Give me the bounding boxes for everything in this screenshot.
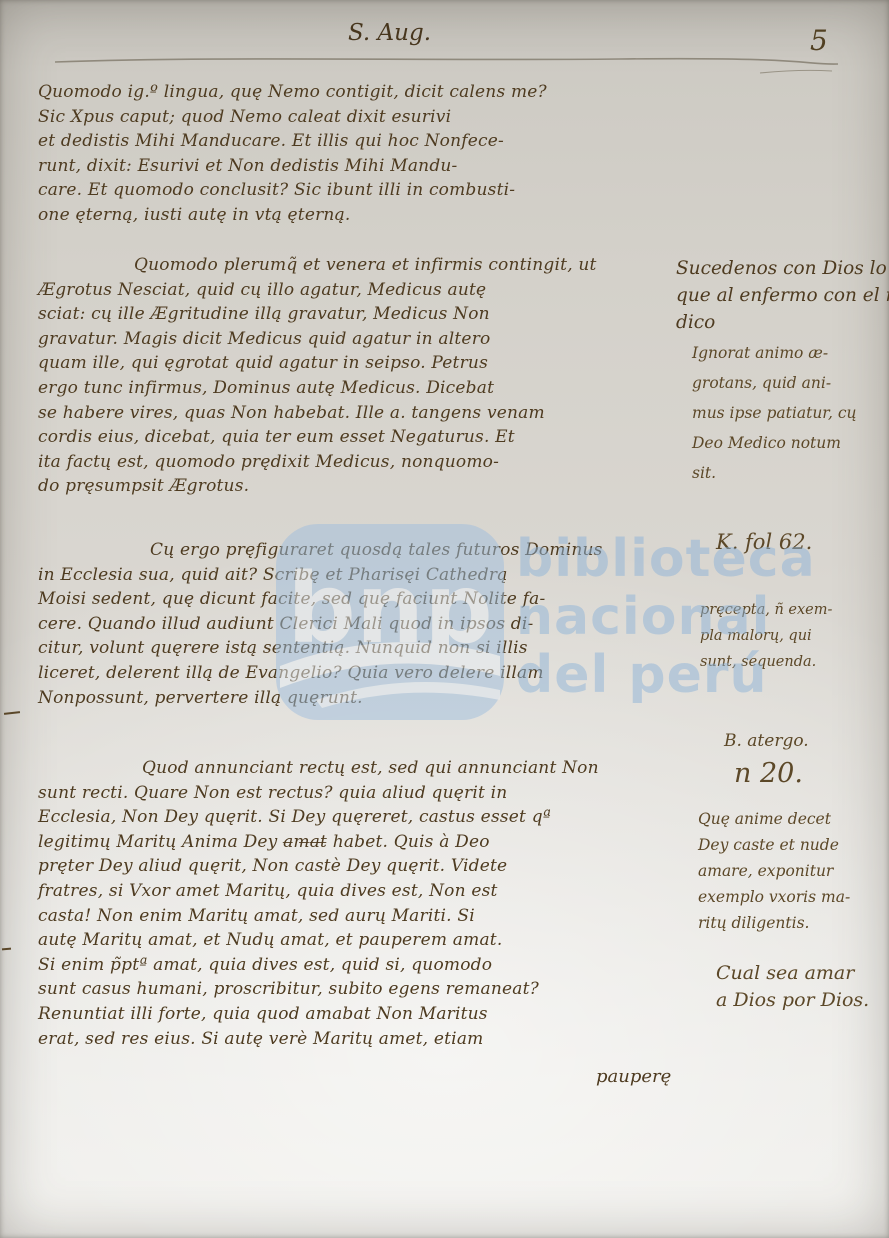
text-line: B. atergo.: [724, 731, 809, 751]
text-line: Si enim p̃ptª amat, quia dives est, quid…: [38, 953, 686, 978]
text-line: Deo Medico notum: [692, 428, 857, 458]
text-line: liceret, delerent illą de Evangelio? Qui…: [38, 661, 686, 686]
text-line: exemplo vxoris ma-: [698, 884, 850, 910]
page-heading: S. Aug.: [0, 20, 779, 46]
text-line: cordis eius, dicebat, quia ter eum esset…: [38, 425, 686, 450]
text-line: Cų ergo pręfiguraret quosdą tales futuro…: [150, 538, 686, 563]
text-line: erat, sed res eius. Si autę verè Maritų …: [38, 1027, 686, 1052]
ruled-line: [0, 46, 889, 80]
text-line: sciat: cų ille Ægritudine illą gravatur,…: [38, 302, 686, 327]
text-line: one ęterną, iusti autę in vtą ęterną.: [38, 203, 686, 228]
text-line: Sic Xpus caput; quod Nemo caleat dixit e…: [38, 105, 686, 130]
manuscript-page: S. Aug. 5 Quomodo ig.º lingua, quę Nemo …: [0, 0, 889, 1238]
margin-note-latin-anime: Quę anime decetDey caste et nudeamare, e…: [698, 806, 850, 936]
text-line: ritų diligentis.: [698, 910, 850, 936]
margin-note-spanish-medico: Sucedenos con Dios loque al enfermo con …: [676, 255, 889, 336]
text-line: in Ecclesia sua, quid ait? Scribę et Pha…: [38, 563, 686, 588]
text-line: citur, volunt quęrere istą sententią. Nu…: [38, 636, 686, 661]
text-line: dico: [676, 309, 889, 336]
margin-reference-k: K. fol 62.: [716, 530, 812, 554]
text-line: grotans, quid ani-: [692, 368, 857, 398]
paragraph: Quomodo plerumq̃ et venera et infirmis c…: [38, 253, 686, 499]
text-line: n 20.: [734, 758, 803, 789]
text-line: pręcepta, ñ exem-: [700, 597, 832, 623]
text-line: pla malorų, qui: [700, 623, 832, 649]
margin-note-latin-ignorat: Ignorat animo æ-grotans, quid ani-mus ip…: [692, 338, 857, 488]
text-line: runt, dixit: Esurivi et Non dedistis Mih…: [38, 154, 686, 179]
text-line: que al enfermo con el me-: [676, 282, 889, 309]
text-line: ita factų est, quomodo prędixit Medicus,…: [38, 450, 686, 475]
text-line: sunt casus humani, proscribitur, subito …: [38, 977, 686, 1002]
text-line: legitimų Maritų Anima Dey a̶m̶a̶t̶ habet…: [38, 830, 686, 855]
text-line: sit.: [692, 458, 857, 488]
text-line: care. Et quomodo conclusit? Sic ibunt il…: [38, 178, 686, 203]
text-line: casta! Non enim Maritų amat, sed aurų Ma…: [38, 904, 686, 929]
text-line: Quomodo plerumq̃ et venera et infirmis c…: [134, 253, 686, 278]
text-line: Ignorat animo æ-: [692, 338, 857, 368]
text-line: pręter Dey aliud quęrit, Non castè Dey q…: [38, 854, 686, 879]
margin-dash-mark: [4, 711, 20, 715]
text-line: quam ille, qui ęgrotat quid agatur in se…: [38, 351, 686, 376]
text-line: Quę anime decet: [698, 806, 850, 832]
text-line: amare, exponitur: [698, 858, 850, 884]
text-line: Ecclesia, Non Dey quęrit. Si Dey quęrere…: [38, 805, 686, 830]
text-line: Moisi sedent, quę dicunt facite, sed quę…: [38, 587, 686, 612]
text-line: do pręsumpsit Ægrotus.: [38, 474, 686, 499]
paragraph: Quomodo ig.º lingua, quę Nemo contigit, …: [38, 80, 686, 228]
text-line: se habere vires, quas Non habebat. Ille …: [38, 401, 686, 426]
text-line: ergo tunc infirmus, Dominus autę Medicus…: [38, 376, 686, 401]
text-line: autę Maritų amat, et Nudų amat, et paupe…: [38, 928, 686, 953]
text-line: Ægrotus Nesciat, quid cų illo agatur, Me…: [38, 278, 686, 303]
text-line: fratres, si Vxor amet Maritų, quia dives…: [38, 879, 686, 904]
text-line: Quod annunciant rectų est, sed qui annun…: [142, 756, 686, 781]
text-line: sunt, sequenda.: [700, 649, 832, 675]
text-line: a Dios por Dios.: [716, 987, 869, 1014]
catchword: pauperę: [596, 1066, 671, 1087]
text-line: K. fol 62.: [716, 530, 812, 554]
margin-reference-b-atergo: B. atergo.: [724, 731, 809, 751]
text-line: Quomodo ig.º lingua, quę Nemo contigit, …: [38, 80, 686, 105]
text-line: Nonpossunt, pervertere illą quęrunt.: [38, 686, 686, 711]
text-line: Cual sea amar: [716, 960, 869, 987]
text-line: sunt recti. Quare Non est rectus? quia a…: [38, 781, 686, 806]
text-line: cere. Quando illud audiunt Clerici Mali …: [38, 612, 686, 637]
margin-note-latin-precepta: pręcepta, ñ exem-pla malorų, quisunt, se…: [700, 597, 832, 675]
margin-reference-n20: n 20.: [734, 758, 803, 789]
paragraph: Quod annunciant rectų est, sed qui annun…: [38, 756, 686, 1051]
text-line: gravatur. Magis dicit Medicus quid agatu…: [38, 327, 686, 352]
text-line: mus ipse patiatur, cų: [692, 398, 857, 428]
text-line: Dey caste et nude: [698, 832, 850, 858]
margin-note-spanish-amar: Cual sea amara Dios por Dios.: [716, 960, 869, 1014]
text-line: et dedistis Mihi Manducare. Et illis qui…: [38, 129, 686, 154]
paragraph: Cų ergo pręfiguraret quosdą tales futuro…: [38, 538, 686, 710]
margin-dash-mark: [2, 948, 11, 951]
text-line: Renuntiat illi forte, quia quod amabat N…: [38, 1002, 686, 1027]
text-line: Sucedenos con Dios lo: [676, 255, 889, 282]
